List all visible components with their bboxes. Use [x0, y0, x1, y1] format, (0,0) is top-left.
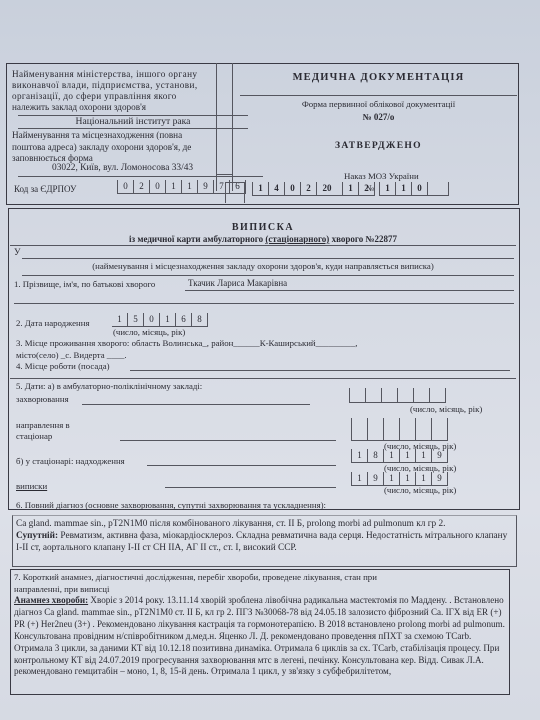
- referral-field-line[interactable]: [120, 440, 336, 441]
- referral-date-cell: [399, 418, 415, 440]
- disease-date[interactable]: [349, 388, 446, 403]
- rule: [10, 245, 516, 246]
- edrpou-label: Код за ЄДРПОУ: [14, 184, 76, 195]
- anamnesis-heading: Анамнез хвороби:: [14, 595, 88, 605]
- order-date-cell: 1: [342, 182, 358, 195]
- anamnesis-body: Хворіє з 2014 року. 13.11.14 хворій зроб…: [14, 595, 505, 676]
- residence-line-1[interactable]: 3. Місце проживання хворого: область Вол…: [16, 338, 357, 349]
- dob-field[interactable]: 1 5 0 1 6 8: [112, 313, 208, 327]
- admission-date[interactable]: 1 8 1 1 1 9: [351, 449, 448, 463]
- disease-date-cell: [429, 388, 446, 402]
- order-no-cell: 1: [379, 182, 395, 195]
- disease-date-hint: (число, місяць, рік): [410, 404, 482, 415]
- diagnosis-label: 6. Повний діагноз (основне захворювання,…: [16, 500, 326, 511]
- ministry-label-3: організації, до сфери управління якого: [12, 91, 177, 102]
- form-number: № 027/о: [240, 112, 517, 123]
- referral-date-cell: [415, 418, 431, 440]
- admission-field-line[interactable]: [147, 465, 336, 466]
- discharge-label: виписки: [16, 481, 47, 492]
- to-field-line[interactable]: [22, 258, 514, 259]
- admission-digit: 1: [383, 449, 399, 462]
- anamnesis-label-1: 7. Короткий анамнез, діагностичні дослід…: [14, 572, 377, 583]
- order-label: Наказ МОЗ України: [344, 171, 419, 182]
- right-header-divider: [240, 95, 517, 96]
- order-no-cell: [427, 182, 449, 195]
- referral-label-1: направлення в: [16, 420, 70, 431]
- facility-label-2: поштова адреса) закладу охорони здоров'я…: [12, 142, 191, 153]
- disease-field-line[interactable]: [82, 404, 310, 405]
- approved-label: ЗАТВЕРДЖЕНО: [240, 140, 517, 151]
- disease-date-cell: [413, 388, 429, 402]
- divider-v1: [216, 63, 217, 191]
- edrpou-small-box-top: [217, 174, 233, 175]
- ministry-value[interactable]: Національний інститут рака: [18, 116, 248, 127]
- dob-digit: 5: [127, 313, 143, 326]
- discharge-digit: 1: [399, 472, 415, 485]
- diagnosis-main[interactable]: Ca gland. mammae sin., pT2N1M0 після ком…: [16, 518, 516, 530]
- disease-label: захворювання: [16, 394, 69, 405]
- divider-v2: [232, 63, 233, 191]
- name-label: 1. Прізвище, ім'я, по батькові хворого: [14, 279, 155, 290]
- admission-digit: 9: [431, 449, 448, 462]
- order-no-label: №: [366, 183, 374, 194]
- name-value[interactable]: Ткачик Лариса Макарівна: [188, 278, 287, 289]
- discharge-digit: 1: [415, 472, 431, 485]
- facility-underline: [18, 176, 263, 177]
- residence-line-2[interactable]: місто(село) _с. Видерта ____.: [16, 350, 127, 361]
- dob-label: 2. Дата народження: [16, 318, 90, 329]
- admission-digit: 8: [367, 449, 383, 462]
- edrpou-digit: 0: [149, 180, 165, 193]
- ministry-label-2: виконавчої влади, підприємства, установи…: [12, 80, 198, 91]
- doc-title: МЕДИЧНА ДОКУМЕНТАЦІЯ: [240, 72, 517, 83]
- order-date-cell: 4: [268, 182, 284, 195]
- disease-date-cell: [365, 388, 381, 402]
- facility-value[interactable]: 03022, Київ, вул. Ломоносова 33/43: [52, 163, 193, 174]
- subtitle-suffix: хворого №22877: [329, 234, 397, 244]
- anamnesis-label-2: направленні, при виписці: [14, 584, 109, 595]
- edrpou-digit: 2: [133, 180, 149, 193]
- edrpou-digit: 1: [181, 180, 197, 193]
- admission-digit: 1: [399, 449, 415, 462]
- dob-digit: 1: [159, 313, 175, 326]
- order-date-cell: 2: [300, 182, 316, 195]
- admission-label: б) у стаціонарі: надходження: [16, 456, 125, 467]
- edrpou-digit: 0: [117, 180, 133, 193]
- facility-label-1: Найменування та місцезнаходження (повна: [12, 130, 182, 141]
- discharge-field-line[interactable]: [165, 487, 336, 488]
- disease-date-cell: [349, 388, 365, 402]
- dates-label: 5. Дати: а) в амбулаторно-поліклінічному…: [16, 381, 202, 392]
- ministry-label-1: Найменування міністерства, іншого органу: [12, 69, 197, 80]
- ministry-label-4: належить заклад охорони здоров'я: [12, 102, 146, 113]
- to-hint: (найменування і місцезнаходження закладу…: [8, 261, 518, 272]
- rule: [22, 275, 514, 276]
- referral-date-cell: [367, 418, 383, 440]
- subtitle-prefix: із медичної карти амбулаторного: [129, 234, 265, 244]
- referral-date[interactable]: [351, 418, 448, 441]
- extract-title: ВИПИСКА: [8, 222, 518, 233]
- anamnesis-text[interactable]: Анамнез хвороби: Хворіє з 2014 року. 13.…: [14, 595, 507, 678]
- disease-date-cell: [397, 388, 413, 402]
- to-label: У: [14, 247, 21, 258]
- order-date-cell: 1: [252, 182, 268, 195]
- edrpou-digit: 9: [197, 180, 213, 193]
- admission-digit: 1: [415, 449, 431, 462]
- admission-digit: 1: [351, 449, 367, 462]
- order-number[interactable]: 1 1 0: [379, 182, 449, 196]
- diagnosis-comorbid[interactable]: Супутній: Ревматизм, активна фаза, міока…: [16, 530, 514, 554]
- dob-digit: 0: [143, 313, 159, 326]
- discharge-date[interactable]: 1 9 1 1 1 9: [351, 472, 448, 486]
- edrpou-digit: 1: [165, 180, 181, 193]
- comorbid-text: Ревматизм, активна фаза, міокардіосклеро…: [16, 531, 507, 553]
- subtitle-underlined: (стаціонарного): [265, 234, 329, 244]
- referral-date-cell: [431, 418, 448, 440]
- order-no-cell: 0: [411, 182, 427, 195]
- discharge-digit: 9: [367, 472, 383, 485]
- dob-hint: (число, місяць, рік): [113, 327, 185, 338]
- order-date[interactable]: 1 4 0 2 20 1 2: [252, 182, 375, 196]
- work-label: 4. Місце роботи (посада): [16, 361, 110, 372]
- dob-digit: 8: [191, 313, 208, 326]
- form-label: Форма первинної облікової документації: [240, 99, 517, 110]
- rule: [10, 378, 516, 379]
- order-no-cell: 1: [395, 182, 411, 195]
- extract-subtitle: із медичної карти амбулаторного (стаціон…: [8, 234, 518, 245]
- rule: [14, 303, 514, 304]
- referral-label-2: стаціонар: [16, 431, 52, 442]
- order-date-cell: 20: [316, 182, 337, 195]
- discharge-digit: 1: [351, 472, 367, 485]
- dob-digit: 6: [175, 313, 191, 326]
- discharge-digit: 1: [383, 472, 399, 485]
- dob-digit: 1: [112, 313, 127, 326]
- code-box: [225, 182, 245, 203]
- ministry-value-underline: [18, 128, 248, 129]
- order-date-cell: 0: [284, 182, 300, 195]
- referral-date-cell: [383, 418, 399, 440]
- disease-date-cell: [381, 388, 397, 402]
- name-underline: [185, 290, 514, 291]
- referral-date-cell: [351, 418, 367, 440]
- discharge-digit: 9: [431, 472, 448, 485]
- comorbid-heading: Супутній:: [16, 531, 58, 541]
- discharge-date-hint: (число, місяць, рік): [384, 485, 456, 496]
- work-field-line[interactable]: [130, 370, 510, 371]
